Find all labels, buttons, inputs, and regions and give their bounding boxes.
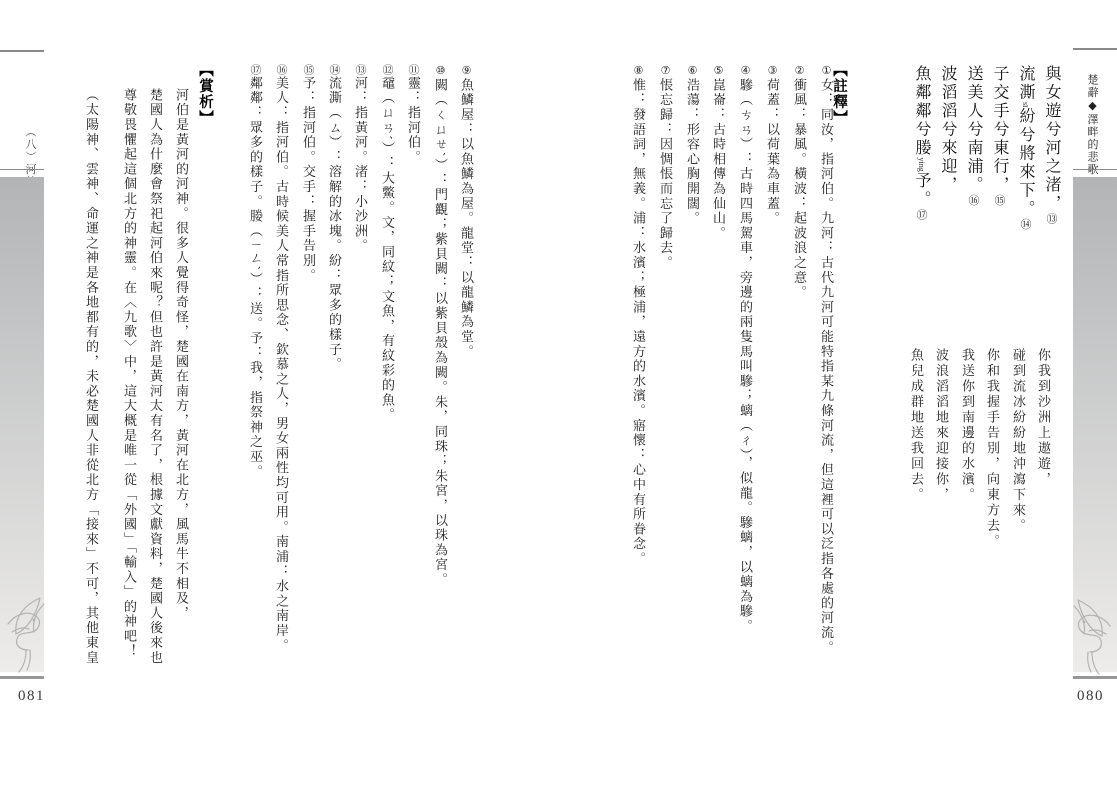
analysis-column: 楚國人為什麼會祭祀起河伯來呢？但也許是黃河太有名了，根據文獻資料，楚國人後來也: [144, 88, 166, 665]
analysis-text: 楚國人為什麼會祭祀起河伯來呢？但也許是黃河太有名了，根據文獻資料，楚國人後來也: [148, 88, 163, 665]
analysis-text: （太陽神、雲神、命運之神是各地都有的，未必楚國人非從北方「接來」不可，其他東皇: [84, 88, 99, 665]
analysis-text: 尊敬畏懼起這個北方的神靈。在〈九歌〉中，這大概是唯一從「外國」「輸入」的神吧！: [122, 88, 137, 659]
analysis-text: 河伯是黃河的河神。很多人覺得奇怪，楚國在南方，黃河在北方，風馬牛不相及，: [174, 88, 189, 621]
analysis-column: 河伯是黃河的河神。很多人覺得奇怪，楚國在南方，黃河在北方，風馬牛不相及，: [170, 88, 192, 621]
analysis-column: 尊敬畏懼起這個北方的神靈。在〈九歌〉中，這大概是唯一從「外國」「輸入」的神吧！: [118, 88, 140, 659]
book-page-spread: （八）河伯 081 楚辭◆澤畔的悲歌 080 【註釋】 與女遊: [0, 0, 1117, 792]
analysis-column: （太陽神、雲神、命運之神是各地都有的，未必楚國人非從北方「接來」不可，其他東皇: [80, 88, 102, 665]
analysis-block: 河伯是黃河的河神。很多人覺得奇怪，楚國在南方，黃河在北方，風馬牛不相及，楚國人為…: [0, 0, 1117, 792]
